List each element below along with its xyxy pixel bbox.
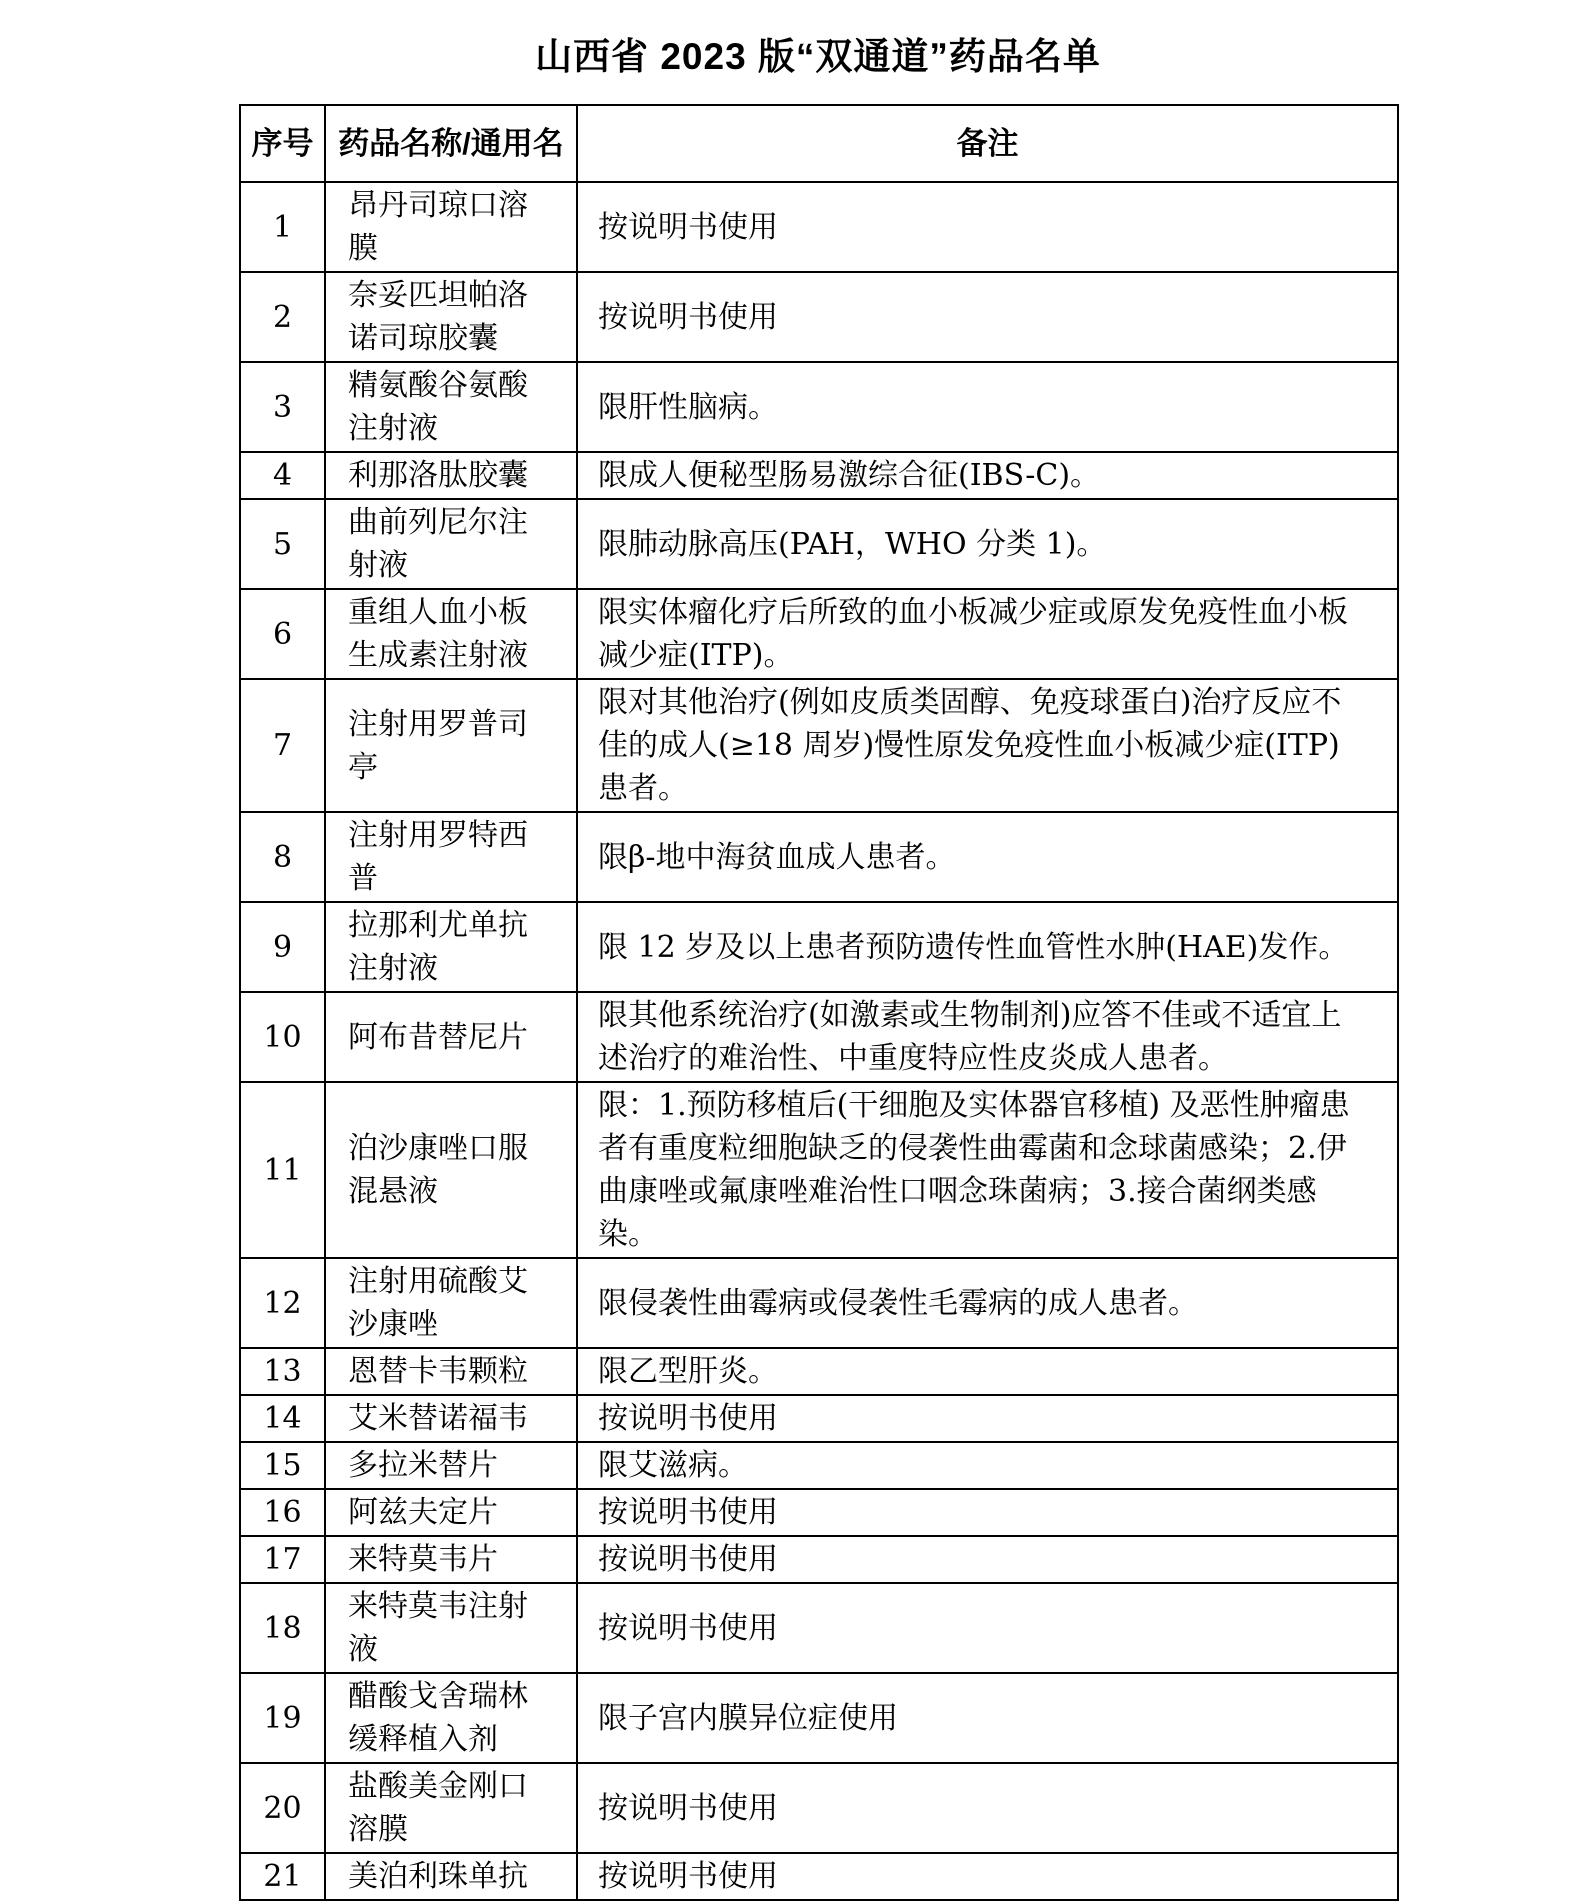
remark-cell: 按说明书使用	[577, 182, 1398, 272]
remark-cell: 限肺动脉高压(PAH，WHO 分类 1)。	[577, 499, 1398, 589]
row-number-cell: 16	[240, 1489, 325, 1536]
table-row: 9拉那利尤单抗注射液限 12 岁及以上患者预防遗传性血管性水肿(HAE)发作。	[240, 902, 1398, 992]
drug-name-cell: 精氨酸谷氨酸注射液	[325, 362, 577, 452]
drug-name-cell: 奈妥匹坦帕洛诺司琼胶囊	[325, 272, 577, 362]
row-number-cell: 2	[240, 272, 325, 362]
table-row: 3精氨酸谷氨酸注射液限肝性脑病。	[240, 362, 1398, 452]
column-header-remark: 备注	[577, 105, 1398, 182]
remark-cell: 按说明书使用	[577, 1489, 1398, 1536]
drug-name-cell: 曲前列尼尔注射液	[325, 499, 577, 589]
row-number-cell: 1	[240, 182, 325, 272]
row-number-cell: 10	[240, 992, 325, 1082]
table-row: 2奈妥匹坦帕洛诺司琼胶囊按说明书使用	[240, 272, 1398, 362]
table-header-row: 序号 药品名称/通用名 备注	[240, 105, 1398, 182]
drug-name-cell: 阿兹夫定片	[325, 1489, 577, 1536]
drug-name-cell: 拉那利尤单抗注射液	[325, 902, 577, 992]
table-row: 20盐酸美金刚口溶膜按说明书使用	[240, 1763, 1398, 1853]
drug-name-cell: 重组人血小板生成素注射液	[325, 589, 577, 679]
remark-cell: 限子宫内膜异位症使用	[577, 1673, 1398, 1763]
row-number-cell: 21	[240, 1853, 325, 1900]
page-title: 山西省 2023 版“双通道”药品名单	[239, 33, 1397, 81]
table-row: 18来特莫韦注射液按说明书使用	[240, 1583, 1398, 1673]
row-number-cell: 8	[240, 812, 325, 902]
remark-cell: 按说明书使用	[577, 272, 1398, 362]
row-number-cell: 12	[240, 1258, 325, 1348]
column-header-drug-name: 药品名称/通用名	[325, 105, 577, 182]
table-row: 21美泊利珠单抗按说明书使用	[240, 1853, 1398, 1900]
drug-name-cell: 注射用罗特西普	[325, 812, 577, 902]
remark-cell: 限 12 岁及以上患者预防遗传性血管性水肿(HAE)发作。	[577, 902, 1398, 992]
table-row: 14艾米替诺福韦按说明书使用	[240, 1395, 1398, 1442]
remark-cell: 限实体瘤化疗后所致的血小板减少症或原发免疫性血小板减少症(ITP)。	[577, 589, 1398, 679]
row-number-cell: 19	[240, 1673, 325, 1763]
remark-cell: 限成人便秘型肠易激综合征(IBS-C)。	[577, 452, 1398, 499]
remark-cell: 限其他系统治疗(如激素或生物制剂)应答不佳或不适宜上述治疗的难治性、中重度特应性…	[577, 992, 1398, 1082]
table-row: 11泊沙康唑口服混悬液限：1.预防移植后(干细胞及实体器官移植) 及恶性肿瘤患者…	[240, 1082, 1398, 1258]
drug-name-cell: 美泊利珠单抗	[325, 1853, 577, 1900]
row-number-cell: 17	[240, 1536, 325, 1583]
drug-name-cell: 昂丹司琼口溶膜	[325, 182, 577, 272]
remark-cell: 限β-地中海贫血成人患者。	[577, 812, 1398, 902]
remark-cell: 按说明书使用	[577, 1536, 1398, 1583]
column-header-no: 序号	[240, 105, 325, 182]
table-row: 10阿布昔替尼片限其他系统治疗(如激素或生物制剂)应答不佳或不适宜上述治疗的难治…	[240, 992, 1398, 1082]
drug-name-cell: 泊沙康唑口服混悬液	[325, 1082, 577, 1258]
drug-name-cell: 醋酸戈舍瑞林缓释植入剂	[325, 1673, 577, 1763]
table-row: 6重组人血小板生成素注射液限实体瘤化疗后所致的血小板减少症或原发免疫性血小板减少…	[240, 589, 1398, 679]
row-number-cell: 5	[240, 499, 325, 589]
table-row: 13恩替卡韦颗粒限乙型肝炎。	[240, 1348, 1398, 1395]
row-number-cell: 14	[240, 1395, 325, 1442]
row-number-cell: 15	[240, 1442, 325, 1489]
drug-name-cell: 盐酸美金刚口溶膜	[325, 1763, 577, 1853]
drug-name-cell: 注射用罗普司亭	[325, 679, 577, 812]
drug-name-cell: 恩替卡韦颗粒	[325, 1348, 577, 1395]
row-number-cell: 4	[240, 452, 325, 499]
table-row: 15多拉米替片限艾滋病。	[240, 1442, 1398, 1489]
table-row: 19醋酸戈舍瑞林缓释植入剂限子宫内膜异位症使用	[240, 1673, 1398, 1763]
remark-cell: 按说明书使用	[577, 1583, 1398, 1673]
remark-cell: 限乙型肝炎。	[577, 1348, 1398, 1395]
row-number-cell: 18	[240, 1583, 325, 1673]
remark-cell: 限：1.预防移植后(干细胞及实体器官移植) 及恶性肿瘤患者有重度粒细胞缺乏的侵袭…	[577, 1082, 1398, 1258]
remark-cell: 按说明书使用	[577, 1395, 1398, 1442]
table-row: 12注射用硫酸艾沙康唑限侵袭性曲霉病或侵袭性毛霉病的成人患者。	[240, 1258, 1398, 1348]
table-row: 17来特莫韦片按说明书使用	[240, 1536, 1398, 1583]
row-number-cell: 6	[240, 589, 325, 679]
table-row: 4利那洛肽胶囊限成人便秘型肠易激综合征(IBS-C)。	[240, 452, 1398, 499]
row-number-cell: 13	[240, 1348, 325, 1395]
remark-cell: 按说明书使用	[577, 1763, 1398, 1853]
table-row: 16阿兹夫定片按说明书使用	[240, 1489, 1398, 1536]
remark-cell: 限肝性脑病。	[577, 362, 1398, 452]
row-number-cell: 3	[240, 362, 325, 452]
drug-name-cell: 注射用硫酸艾沙康唑	[325, 1258, 577, 1348]
table-row: 1昂丹司琼口溶膜按说明书使用	[240, 182, 1398, 272]
row-number-cell: 11	[240, 1082, 325, 1258]
remark-cell: 限对其他治疗(例如皮质类固醇、免疫球蛋白)治疗反应不佳的成人(≥18 周岁)慢性…	[577, 679, 1398, 812]
drug-name-cell: 艾米替诺福韦	[325, 1395, 577, 1442]
drug-name-cell: 多拉米替片	[325, 1442, 577, 1489]
document-page: 山西省 2023 版“双通道”药品名单 序号 药品名称/通用名 备注 1昂丹司琼…	[0, 0, 1587, 1819]
drug-name-cell: 阿布昔替尼片	[325, 992, 577, 1082]
drug-name-cell: 来特莫韦注射液	[325, 1583, 577, 1673]
row-number-cell: 20	[240, 1763, 325, 1853]
table-row: 7注射用罗普司亭限对其他治疗(例如皮质类固醇、免疫球蛋白)治疗反应不佳的成人(≥…	[240, 679, 1398, 812]
remark-cell: 按说明书使用	[577, 1853, 1398, 1900]
table-body: 1昂丹司琼口溶膜按说明书使用2奈妥匹坦帕洛诺司琼胶囊按说明书使用3精氨酸谷氨酸注…	[240, 182, 1398, 1900]
row-number-cell: 9	[240, 902, 325, 992]
drug-list-table: 序号 药品名称/通用名 备注 1昂丹司琼口溶膜按说明书使用2奈妥匹坦帕洛诺司琼胶…	[239, 104, 1399, 1901]
row-number-cell: 7	[240, 679, 325, 812]
table-row: 5曲前列尼尔注射液限肺动脉高压(PAH，WHO 分类 1)。	[240, 499, 1398, 589]
remark-cell: 限侵袭性曲霉病或侵袭性毛霉病的成人患者。	[577, 1258, 1398, 1348]
drug-name-cell: 来特莫韦片	[325, 1536, 577, 1583]
drug-name-cell: 利那洛肽胶囊	[325, 452, 577, 499]
remark-cell: 限艾滋病。	[577, 1442, 1398, 1489]
table-row: 8注射用罗特西普限β-地中海贫血成人患者。	[240, 812, 1398, 902]
